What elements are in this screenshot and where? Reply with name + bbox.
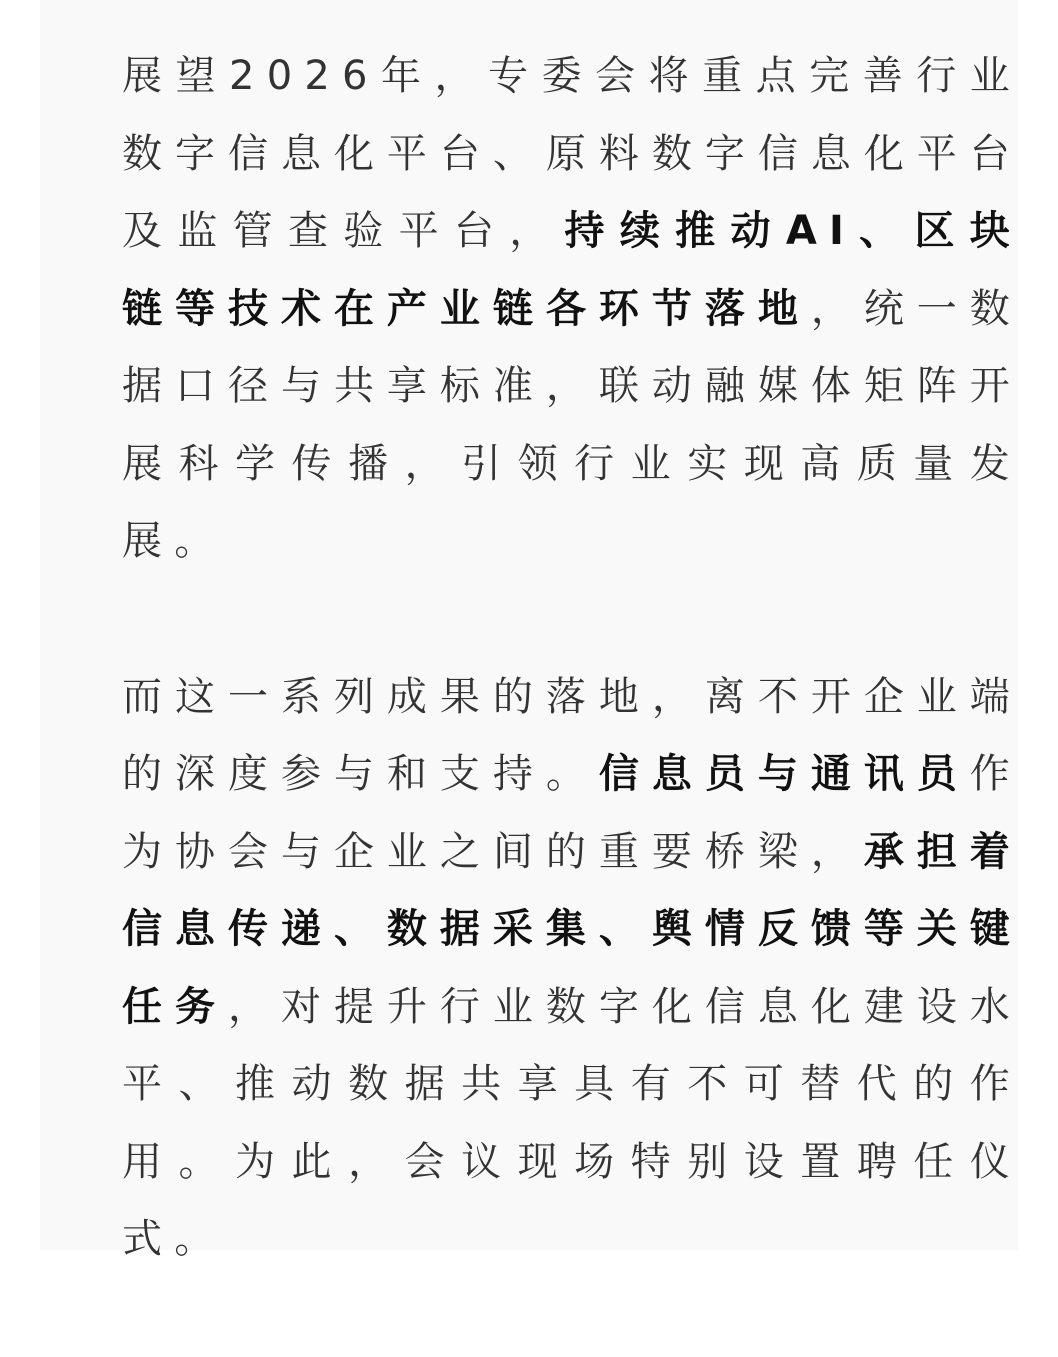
highlight-text: 信息员与通讯员 xyxy=(599,751,970,797)
paragraph-text: ，对提升行业数字化信息化建设水平、推动数据共享具有不可替代的作用。为此，会议现场… xyxy=(122,984,1022,1251)
article-body: 展望2026年，专委会将重点完善行业数字信息化平台、原料数字信息化平台及监管查验… xyxy=(122,38,1022,1250)
paragraph-informants: 而这一系列成果的落地，离不开企业端的深度参与和支持。信息员与通讯员作为协会与企业… xyxy=(122,659,1022,1251)
article-card: 展望2026年，专委会将重点完善行业数字信息化平台、原料数字信息化平台及监管查验… xyxy=(40,0,1018,1250)
paragraph-outlook-2026: 展望2026年，专委会将重点完善行业数字信息化平台、原料数字信息化平台及监管查验… xyxy=(122,38,1022,581)
